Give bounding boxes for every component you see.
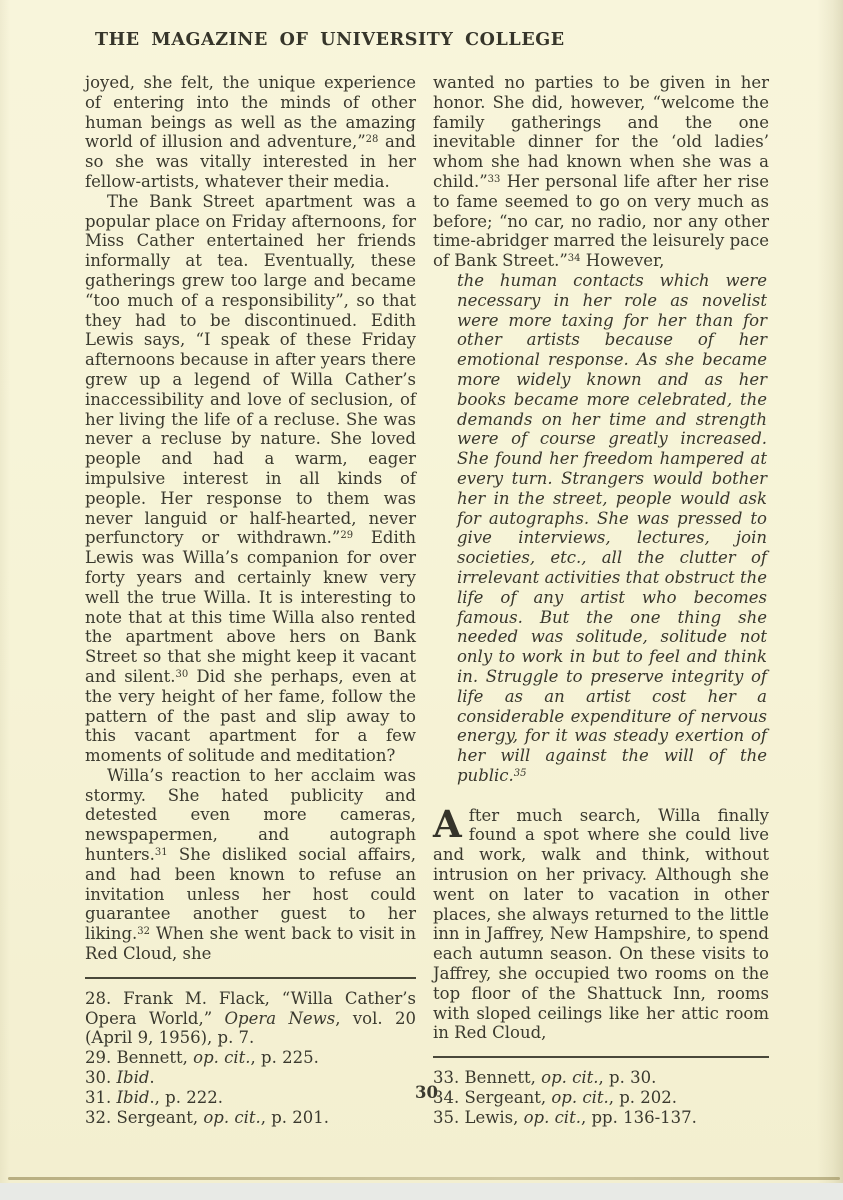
body-paragraph-dropcap: After much search, Willa finally found a… bbox=[433, 806, 769, 1044]
page-bottom-edge bbox=[8, 1177, 840, 1180]
footnote-rule bbox=[85, 977, 416, 979]
magazine-title: THE MAGAZINE OF UNIVERSITY COLLEGE bbox=[95, 30, 565, 50]
left-column: joyed, she felt, the unique experience o… bbox=[85, 73, 416, 1127]
footnote: 29. Bennett, op. cit., p. 225. bbox=[85, 1048, 416, 1068]
footnote: 32. Sergeant, op. cit., p. 201. bbox=[85, 1108, 416, 1128]
scanned-page: THE MAGAZINE OF UNIVERSITY COLLEGE joyed… bbox=[0, 0, 843, 1183]
right-column: wanted no parties to be given in her hon… bbox=[433, 73, 769, 1128]
page-edge-shadow-left bbox=[0, 0, 10, 1183]
block-quote: the human contacts which were necessary … bbox=[457, 271, 767, 786]
body-paragraph: wanted no parties to be given in her hon… bbox=[433, 73, 769, 271]
footnote: 28. Frank M. Flack, “Willa Cather’s Oper… bbox=[85, 989, 416, 1048]
body-paragraph: The Bank Street apartment was a popular … bbox=[85, 192, 416, 766]
scan-background-strip bbox=[0, 1183, 843, 1200]
footnote-rule bbox=[433, 1056, 769, 1058]
body-paragraph: joyed, she felt, the unique experience o… bbox=[85, 73, 416, 192]
body-paragraph: Willa’s reaction to her acclaim was stor… bbox=[85, 766, 416, 964]
footnote: 35. Lewis, op. cit., pp. 136-137. bbox=[433, 1108, 769, 1128]
page-number: 30 bbox=[85, 1083, 768, 1102]
page-edge-shadow-right bbox=[817, 0, 843, 1183]
